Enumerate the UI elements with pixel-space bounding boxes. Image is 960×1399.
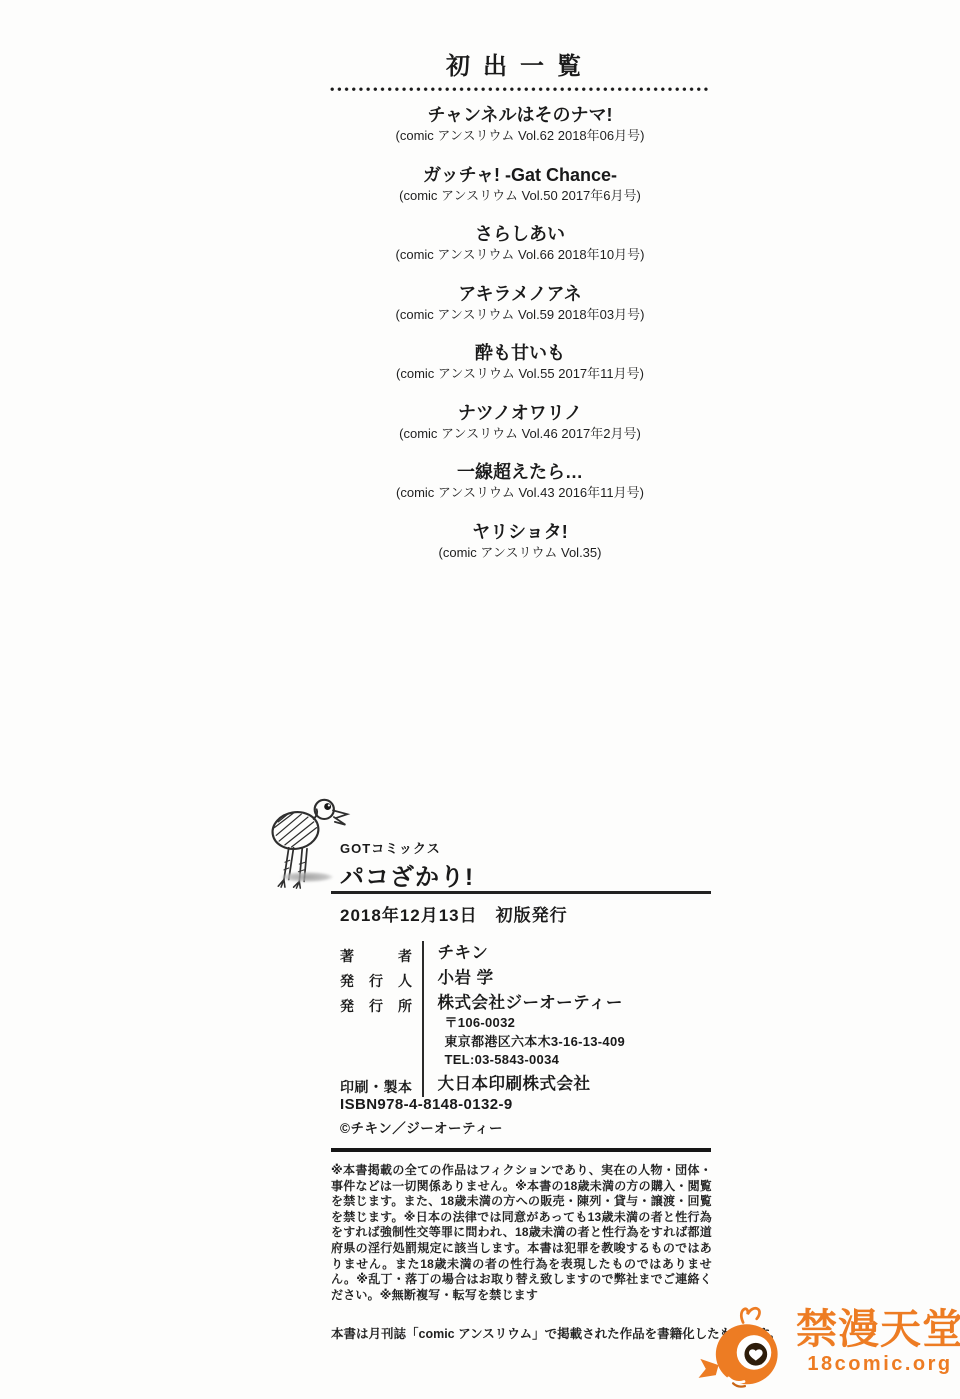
book-title: パコざかり! [340, 857, 474, 892]
work-source: (comic アンスリウム Vol.43 2016年11月号) [331, 484, 709, 501]
work-item: 一線超えたら… (comic アンスリウム Vol.43 2016年11月号) [331, 461, 709, 521]
work-title: ガッチャ! -Gat Chance- [331, 164, 709, 187]
colophon-row-printer: 印刷・製本 大日本印刷株式会社 [340, 1072, 711, 1097]
work-item: さらしあい (comic アンスリウム Vol.66 2018年10月号) [331, 223, 709, 283]
watermark: 禁漫天堂 18comic.org [694, 1299, 960, 1395]
watermark-site-url: 18comic.org [796, 1353, 960, 1375]
colophon-value: チキン [438, 944, 489, 963]
work-title: ヤリショタ! [331, 521, 709, 544]
colophon-row-publisher-person: 発行人 小岩 学 [340, 966, 711, 991]
work-title: アキラメノアネ [331, 283, 709, 306]
page-title: 初出一覧 [331, 46, 709, 81]
work-title: さらしあい [331, 223, 709, 246]
first-publication-list: チャンネルはそのナマ! (comic アンスリウム Vol.62 2018年06… [331, 104, 709, 580]
colophon-label: 著者 [340, 941, 412, 966]
work-title: 一線超えたら… [331, 461, 709, 484]
publisher-address: 東京都港区六本木3-16-13-409 [445, 1034, 626, 1051]
dotted-divider [330, 87, 710, 92]
colophon-label: 発行人 [340, 966, 412, 991]
watermark-site-name: 禁漫天堂 [796, 1307, 960, 1351]
work-source: (comic アンスリウム Vol.46 2017年2月号) [331, 425, 709, 442]
work-title: チャンネルはそのナマ! [331, 104, 709, 127]
title-rule [331, 891, 711, 894]
work-source: (comic アンスリウム Vol.55 2017年11月号) [331, 365, 709, 382]
publisher-tel: TEL:03-5843-0034 [445, 1052, 626, 1069]
colophon-label: 発行所 [340, 991, 412, 1072]
colophon-label: 印刷・製本 [340, 1072, 412, 1097]
work-item: アキラメノアネ (comic アンスリウム Vol.59 2018年03月号) [331, 283, 709, 343]
work-item: ナツノオワリノ (comic アンスリウム Vol.46 2017年2月号) [331, 402, 709, 462]
colophon-row-publisher: 発行所 株式会社ジーオーティー 〒106-0032 東京都港区六本木3-16-1… [340, 991, 711, 1072]
work-source: (comic アンスリウム Vol.66 2018年10月号) [331, 246, 709, 263]
colophon-value: 大日本印刷株式会社 [438, 1075, 591, 1094]
work-source: (comic アンスリウム Vol.62 2018年06月号) [331, 127, 709, 144]
work-source: (comic アンスリウム Vol.59 2018年03月号) [331, 306, 709, 323]
work-source: (comic アンスリウム Vol.35) [331, 544, 709, 561]
work-item: チャンネルはそのナマ! (comic アンスリウム Vol.62 2018年06… [331, 104, 709, 164]
work-title: ナツノオワリノ [331, 402, 709, 425]
disclaimer-text: ※本書掲載の全ての作品はフィクションであり、実在の人物・団体・事件などは一切関係… [331, 1163, 712, 1303]
colophon-value: 小岩 学 [438, 969, 494, 988]
colophon-page: 初出一覧 チャンネルはそのナマ! (comic アンスリウム Vol.62 20… [0, 0, 960, 1399]
colophon-row-author: 著者 チキン [340, 941, 711, 966]
isbn: ISBN978-4-8148-0132-9 [340, 1096, 513, 1113]
work-item: ガッチャ! -Gat Chance- (comic アンスリウム Vol.50 … [331, 164, 709, 224]
imprint-label: GOTコミックス [340, 838, 441, 857]
disclaimer-rule [331, 1148, 711, 1152]
work-item: 酔も甘いも (comic アンスリウム Vol.55 2017年11月号) [331, 342, 709, 402]
work-title: 酔も甘いも [331, 342, 709, 365]
mascot-icon [694, 1299, 794, 1395]
work-item: ヤリショタ! (comic アンスリウム Vol.35) [331, 521, 709, 581]
colophon-value: 株式会社ジーオーティー [438, 994, 626, 1013]
copyright: ©チキン／ジーオーティー [340, 1117, 503, 1137]
colophon-table: 著者 チキン 発行人 小岩 学 発行所 株式会社ジーオーティー 〒106-003… [340, 941, 711, 1097]
ink-smudge [281, 872, 333, 882]
edition-date: 2018年12月13日 初版発行 [340, 901, 568, 926]
publisher-postal: 〒106-0032 [445, 1015, 626, 1032]
work-source: (comic アンスリウム Vol.50 2017年6月号) [331, 187, 709, 204]
